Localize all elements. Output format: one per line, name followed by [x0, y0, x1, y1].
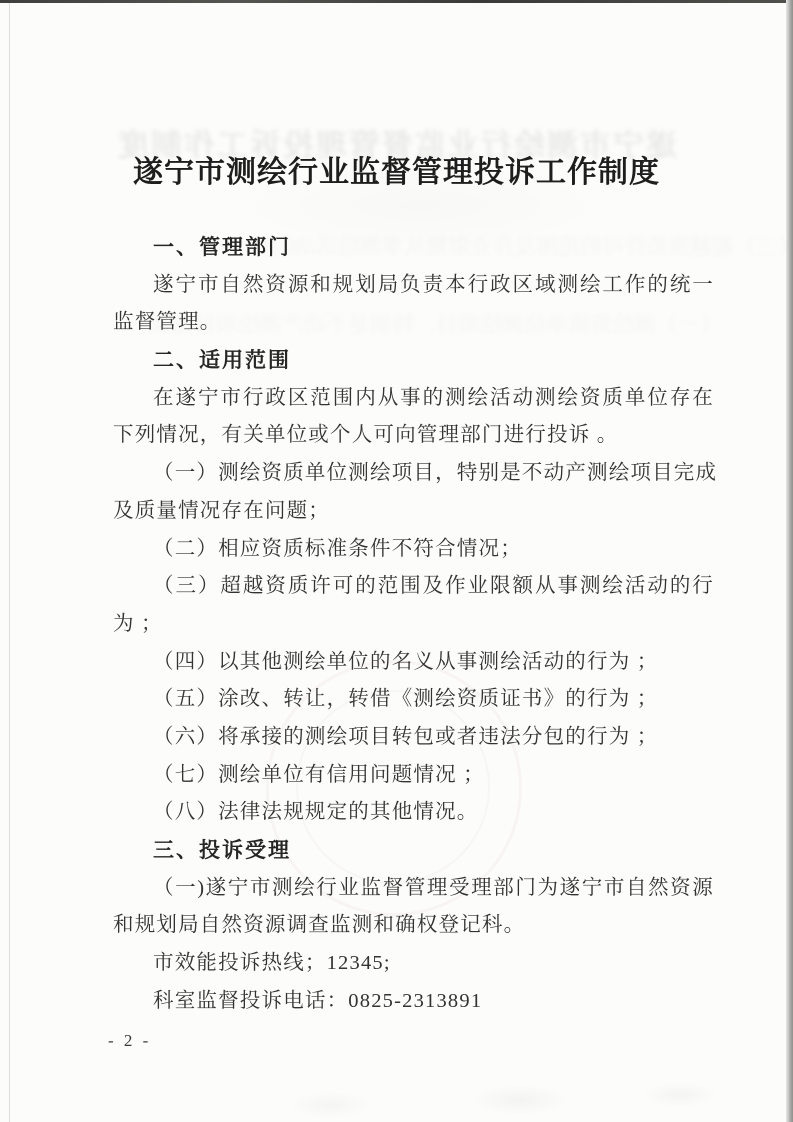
- list-item-3: （三）超越资质许可的范围及作业限额从事测绘活动的行: [113, 568, 714, 606]
- scanned-document-page: 遂宁市测绘行业监督管理投诉工作制度 （三）超越资质许可的范围及作业限额从事测绘活…: [0, 0, 793, 1122]
- document-title: 遂宁市测绘行业监督管理投诉工作制度: [0, 147, 793, 191]
- text-line: 和规划局自然资源调查监测和确权登记科。: [113, 907, 714, 945]
- list-item-2: （二）相应资质标准条件不符合情况；: [113, 531, 714, 569]
- text-line: 及质量情况存在问题；: [113, 493, 714, 531]
- text-line: 为 ；: [113, 606, 714, 644]
- text-line: 遂宁市自然资源和规划局负责本行政区域测绘工作的统一: [113, 267, 714, 305]
- list-item-7: （七）测绘单位有信用问题情况 ；: [113, 757, 714, 795]
- list-item-6: （六）将承接的测绘项目转包或者违法分包的行为 ；: [113, 719, 714, 757]
- text-line: 监督管理。: [113, 304, 714, 342]
- scan-edge-top: [0, 0, 793, 3]
- page-number: - 2 -: [108, 1031, 151, 1051]
- list-item-4: （四）以其他测绘单位的名义从事测绘活动的行为 ；: [113, 644, 714, 682]
- supervision-phone-line: 科室监督投诉电话：0825-2313891: [113, 983, 714, 1021]
- text-line: 下列情况，有关单位或个人可向管理部门进行投诉 。: [113, 417, 714, 455]
- list-item-8: （八）法律法规规定的其他情况。: [113, 794, 714, 832]
- section-heading-complaint-acceptance: 三、投诉受理: [113, 832, 714, 870]
- section-heading-management-dept: 一、管理部门: [113, 229, 714, 267]
- hotline-line: 市效能投诉热线；12345;: [113, 945, 714, 983]
- list-item-1: （一）测绘资质单位测绘项目，特别是不动产测绘项目完成: [113, 455, 714, 493]
- document-body: 一、管理部门 遂宁市自然资源和规划局负责本行政区域测绘工作的统一 监督管理。 二…: [113, 229, 714, 1020]
- text-line: 在遂宁市行政区范围内从事的测绘活动测绘资质单位存在: [113, 380, 714, 418]
- section-heading-scope: 二、适用范围: [113, 342, 714, 380]
- list-item-5: （五）涂改、转让，转借《测绘资质证书》的行为 ；: [113, 681, 714, 719]
- text-line: （一)遂宁市测绘行业监督管理受理部门为遂宁市自然资源: [113, 870, 714, 908]
